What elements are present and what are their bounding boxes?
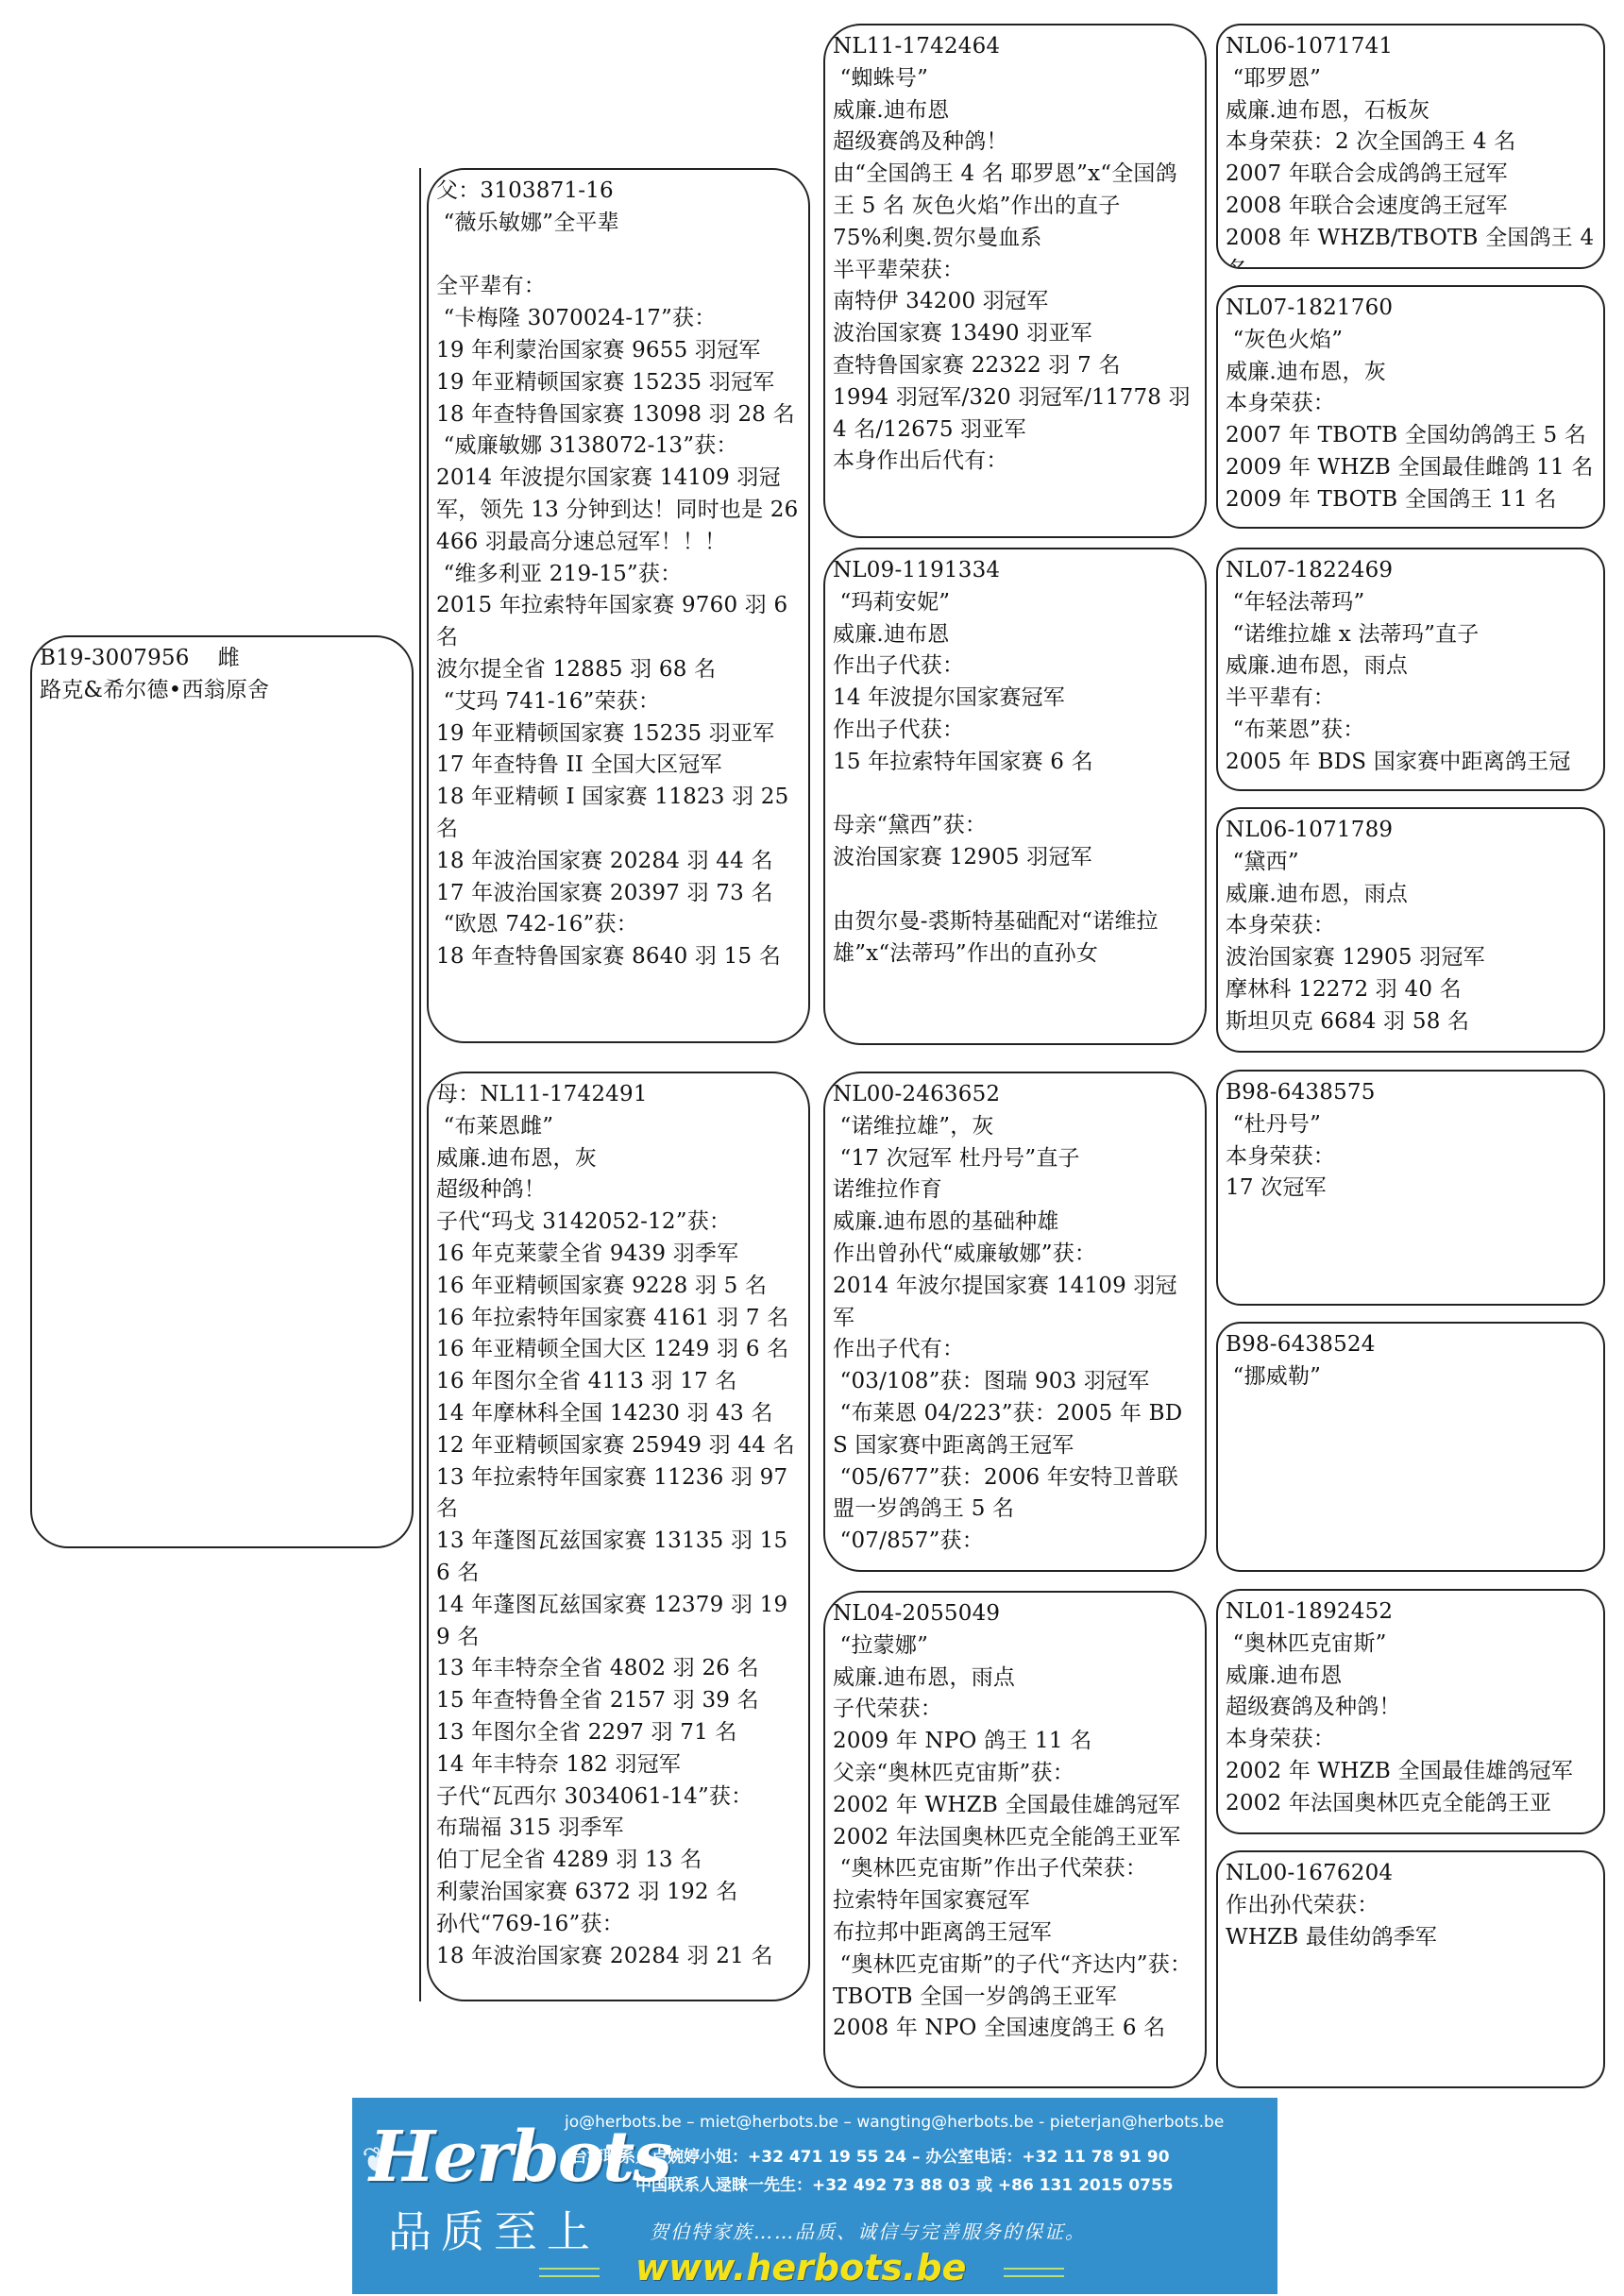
pedigree-text-line: 17 次冠军 [1226,1173,1596,1205]
pedigree-text-line: 2008 年 NPO 全国速度鸽王 6 名 [833,2013,1197,2045]
pedigree-text-line: “诺维拉雄”，灰 [833,1111,1197,1143]
ring-number: NL04-2055049 [833,1598,1197,1630]
pedigree-text-line: “奥林匹克宙斯”的子代“齐达内”获：TBOTB 全国一岁鸽鸽王亚军 [833,1950,1197,2014]
pedigree-text-line: 威廉.迪布恩的基础种雄 [833,1207,1197,1239]
grandparent-card-sire-dam: NL09-1191334 “玛莉安妮”威廉.迪布恩作出子代获：14 年波提尔国家… [823,548,1207,1045]
banner-slogan: 品质至上 [388,2198,600,2260]
banner-emails[interactable]: jo@herbots.be – miet@herbots.be – wangti… [565,2113,1224,2132]
pedigree-text-line: “年轻法蒂玛” [1226,587,1596,619]
pedigree-text-line: 16 年克莱蒙全省 9439 羽季军 [436,1239,801,1271]
great-grandparent-card-4: NL06-1071789 “黛西”威廉.迪布恩，雨点本身荣获：波治国家赛 129… [1216,807,1605,1053]
pedigree-text-line: 子代“瓦西尔 3034061-14”获： [436,1781,801,1814]
ring-number: NL01-1892452 [1226,1596,1596,1629]
pedigree-text-line: “维多利亚 219-15”获： [436,559,801,591]
pedigree-text-line: 16 年图尔全省 4113 羽 17 名 [436,1366,801,1398]
pedigree-text-line: “艾玛 741-16”荣获： [436,686,801,718]
pedigree-text-line: 14 年蓬图瓦兹国家赛 12379 羽 199 名 [436,1590,801,1654]
pedigree-text-line: “欧恩 742-16”获： [436,909,801,941]
pedigree-text-line: 18 年波治国家赛 20284 羽 21 名 [436,1941,801,1973]
pedigree-text-line: 威廉.迪布恩 [1226,1661,1596,1693]
pedigree-text-line: 18 年波治国家赛 20284 羽 44 名 [436,846,801,878]
ring-number: NL00-1676204 [1226,1858,1596,1890]
pedigree-text-line: 2008 年 WHZB/TBOTB 全国鸽王 4 名 [1226,223,1596,269]
pedigree-text-line: 15 年查特鲁全省 2157 羽 39 名 [436,1685,801,1717]
pedigree-text-line: 威廉.迪布恩，石板灰 [1226,95,1596,127]
great-grandparent-card-7: NL01-1892452 “奥林匹克宙斯”威廉.迪布恩超级赛鸽及种鸽！本身荣获：… [1216,1589,1605,1834]
ring-number: NL06-1071741 [1226,31,1596,63]
pedigree-text-line: 威廉.迪布恩，雨点 [833,1663,1197,1695]
subject-pigeon-card: B19-3007956 雌路克&希尔德•西翁原舍 [30,635,414,1548]
pedigree-text-line: 2014 年波提尔国家赛 14109 羽冠军，领先 13 分钟到达！同时也是 2… [436,463,801,558]
ring-number: NL11-1742464 [833,31,1197,63]
pedigree-text-line: 父亲“奥林匹克宙斯”获： [833,1758,1197,1790]
banner-website-link[interactable]: www.herbots.be [635,2247,966,2288]
pedigree-text-line: 2002 年 WHZB 全国最佳雄鸽冠军 [1226,1756,1596,1788]
pedigree-text-line: 威廉.迪布恩，雨点 [1226,650,1596,683]
pedigree-text-line: 19 年亚精顿国家赛 15235 羽冠军 [436,367,801,399]
pedigree-text-line: 2007 年联合会成鸽鸽王冠军 [1226,159,1596,191]
ring-number: B98-6438575 [1226,1077,1596,1109]
banner-taiwan-contact: 台湾联系人卢婉婷小姐：+32 471 19 55 24 – 办公室电话：+32 … [571,2143,1170,2167]
pedigree-text-line: 母亲“黛西”获： [833,810,1197,842]
pedigree-text-line: “奥林匹克宙斯” [1226,1629,1596,1661]
pedigree-text-line: “07/857”获： [833,1526,1197,1558]
pedigree-text-line: 作出子代获： [833,715,1197,747]
pedigree-text-line: “05/677”获：2006 年安特卫普联盟一岁鸽鸽王 5 名 [833,1462,1197,1527]
pedigree-text-line: 1994 羽冠军/320 羽冠军/11778 羽 4 名/12675 羽亚军 [833,382,1197,447]
pedigree-text-line: 作出子代有： [833,1334,1197,1366]
pedigree-text-line [833,874,1197,906]
great-grandparent-card-6: B98-6438524 “挪威勒” [1216,1322,1605,1572]
ring-number: NL09-1191334 [833,555,1197,587]
pedigree-text-line: 18 年亚精顿 I 国家赛 11823 羽 25 名 [436,782,801,846]
pedigree-text-line: 波治国家赛 12905 羽冠军 [1226,942,1596,974]
pedigree-text-line: “布莱恩雌” [436,1111,801,1143]
pedigree-text-line: 2014 年波尔提国家赛 14109 羽冠军 [833,1271,1197,1335]
pedigree-text-line: 2005 年 BDS 国家赛中距离鸽王冠 [1226,747,1596,779]
pedigree-text-line: 14 年丰特奈 182 羽冠军 [436,1749,801,1781]
pedigree-text-line: 13 年图尔全省 2297 羽 71 名 [436,1717,801,1749]
pedigree-text-line: 孙代“769-16”获： [436,1909,801,1941]
pedigree-text-line: 威廉.迪布恩 [833,95,1197,127]
pedigree-text-line: 本身荣获： [1226,910,1596,942]
pedigree-text-line: “布莱恩 04/223”获：2005 年 BDS 国家赛中距离鸽王冠军 [833,1398,1197,1462]
pedigree-text-line: 16 年亚精顿全国大区 1249 羽 6 名 [436,1334,801,1366]
pedigree-text-line: 19 年利蒙治国家赛 9655 羽冠军 [436,335,801,367]
pedigree-text-line: 布拉邦中距离鸽王冠军 [833,1917,1197,1950]
pedigree-text-line: “挪威勒” [1226,1361,1596,1393]
dam-card: 母：NL11-1742491 “布莱恩雌”威廉.迪布恩，灰超级种鸽！子代“玛戈 … [427,1072,810,2001]
grandparent-card-sire-sire: NL11-1742464 “蜘蛛号”威廉.迪布恩超级赛鸽及种鸽！由“全国鸽王 4… [823,24,1207,538]
pedigree-text-line: 14 年摩林科全国 14230 羽 43 名 [436,1398,801,1430]
pedigree-text-line: 威廉.迪布恩，雨点 [1226,879,1596,911]
sire-card: 父：3103871-16 “薇乐敏娜”全平辈全平辈有： “卡梅隆 3070024… [427,168,810,1043]
ring-number: NL07-1822469 [1226,555,1596,587]
pedigree-text-line: “薇乐敏娜”全平辈 [436,208,801,240]
pedigree-text-line: “卡梅隆 3070024-17”获： [436,303,801,335]
pedigree-text-line: 2002 年 WHZB 全国最佳雄鸽冠军 [833,1790,1197,1822]
pedigree-text-line [833,779,1197,811]
pedigree-text-line: 16 年亚精顿国家赛 9228 羽 5 名 [436,1271,801,1303]
pedigree-text-line: 波治国家赛 13490 羽亚军 [833,318,1197,350]
banner-china-contact: 中国联系人逯睐一先生：+32 492 73 88 03 或 +86 131 20… [635,2171,1174,2195]
pedigree-text-line: “蜘蛛号” [833,63,1197,95]
pedigree-text-line: “03/108”获：图瑞 903 羽冠军 [833,1366,1197,1398]
pedigree-text-line: “布莱恩”获： [1226,715,1596,747]
pedigree-text-line: 作出孙代荣获： [1226,1890,1596,1922]
ring-number: B19-3007956 雌 [40,643,404,675]
ring-number: NL00-2463652 [833,1079,1197,1111]
pedigree-text-line: 19 年亚精顿国家赛 15235 羽亚军 [436,718,801,751]
great-grandparent-card-8: NL00-1676204作出孙代荣获：WHZB 最佳幼鸽季军 [1216,1850,1605,2088]
pedigree-text-line: 查特鲁国家赛 22322 羽 7 名 [833,350,1197,382]
pedigree-text-line: 斯坦贝克 6684 羽 58 名 [1226,1006,1596,1038]
pedigree-text-line: 半平辈有： [1226,683,1596,715]
pedigree-text-line: 17 年波治国家赛 20397 羽 73 名 [436,878,801,910]
pedigree-text-line: 作出子代获： [833,650,1197,683]
banner-tagline: 贺伯特家族……品质、诚信与完善服务的保证。 [650,2217,1086,2244]
pedigree-text-line: 2015 年拉索特年国家赛 9760 羽 6 名 [436,590,801,654]
pedigree-text-line: 14 年波提尔国家赛冠军 [833,683,1197,715]
pedigree-text-line: 波治国家赛 12905 羽冠军 [833,842,1197,874]
pedigree-text-line: “奥林匹克宙斯”作出子代荣获： [833,1853,1197,1885]
pedigree-text-line: 波尔提全省 12885 羽 68 名 [436,654,801,686]
pedigree-text-line: 由“全国鸽王 4 名 耶罗恩”x“全国鸽王 5 名 灰色火焰”作出的直子 [833,159,1197,223]
pedigree-text-line: 18 年查特鲁国家赛 8640 羽 15 名 [436,941,801,973]
pedigree-text-line: “杜丹号” [1226,1109,1596,1141]
pedigree-text-line: 子代荣获： [833,1694,1197,1726]
pedigree-text-line: 2008 年联合会速度鸽王冠军 [1226,191,1596,223]
herbots-banner: ❦ Herbots 品质至上 jo@herbots.be – miet@herb… [352,2098,1277,2294]
pedigree-text-line: 由贺尔曼-裘斯特基础配对“诺维拉雄”x“法蒂玛”作出的直孙女 [833,906,1197,971]
pedigree-text-line: 2007 年 TBOTB 全国幼鸽鸽王 5 名 [1226,420,1596,452]
pedigree-text-line: 13 年蓬图瓦兹国家赛 13135 羽 156 名 [436,1526,801,1590]
pedigree-text-line: 超级赛鸽及种鸽！ [833,127,1197,159]
pedigree-text-line: “灰色火焰” [1226,325,1596,357]
pedigree-text-line: 本身作出后代有： [833,446,1197,478]
decorative-line-left [539,2268,600,2277]
pedigree-text-line: 13 年丰特奈全省 4802 羽 26 名 [436,1653,801,1685]
pedigree-text-line: 2009 年 NPO 鸽王 11 名 [833,1726,1197,1758]
ring-number: NL06-1071789 [1226,815,1596,847]
pedigree-text-line: 2002 年法国奥林匹克全能鸽王亚军 [833,1822,1197,1854]
pedigree-text-line: 13 年拉索特年国家赛 11236 羽 97 名 [436,1462,801,1527]
pedigree-text-line: 75%利奥.贺尔曼血系 [833,223,1197,255]
pedigree-text-line: 威廉.迪布恩，灰 [1226,357,1596,389]
pedigree-text-line: 本身荣获：2 次全国鸽王 4 名 [1226,127,1596,159]
pedigree-text-line: 摩林科 12272 羽 40 名 [1226,974,1596,1006]
pedigree-text-line: 超级赛鸽及种鸽！ [1226,1692,1596,1724]
pedigree-text-line: “拉蒙娜” [833,1630,1197,1663]
great-grandparent-card-3: NL07-1822469 “年轻法蒂玛” “诺维拉雄 x 法蒂玛”直子威廉.迪布… [1216,548,1605,791]
decorative-line-right [1004,2268,1064,2277]
pedigree-text-line: 半平辈荣获： [833,255,1197,287]
grandparent-card-dam-sire: NL00-2463652 “诺维拉雄”，灰 “17 次冠军 杜丹号”直子诺维拉作… [823,1072,1207,1572]
pedigree-text-line: “17 次冠军 杜丹号”直子 [833,1143,1197,1175]
pedigree-text-line: 本身荣获： [1226,388,1596,420]
pedigree-text-line: 16 年拉索特年国家赛 4161 羽 7 名 [436,1303,801,1335]
pedigree-text-line: 18 年查特鲁国家赛 13098 羽 28 名 [436,399,801,431]
pedigree-text-line: 超级种鸽！ [436,1174,801,1207]
pedigree-text-line: WHZB 最佳幼鸽季军 [1226,1922,1596,1954]
pedigree-text-line: 拉索特年国家赛冠军 [833,1885,1197,1917]
pedigree-text-line: “威廉敏娜 3138072-13”获： [436,430,801,463]
pedigree-text-line: 南特伊 34200 羽冠军 [833,286,1197,318]
ring-number: B98-6438524 [1226,1329,1596,1361]
connector-line [419,168,421,2001]
pedigree-text-line: 威廉.迪布恩 [833,619,1197,651]
great-grandparent-card-2: NL07-1821760 “灰色火焰”威廉.迪布恩，灰本身荣获：2007 年 T… [1216,285,1605,529]
pedigree-text-line: 伯丁尼全省 4289 羽 13 名 [436,1845,801,1877]
pedigree-text-line: 2002 年法国奥林匹克全能鸽王亚 [1226,1788,1596,1820]
great-grandparent-card-5: B98-6438575 “杜丹号”本身荣获：17 次冠军 [1216,1070,1605,1306]
ring-number: 母：NL11-1742491 [436,1079,801,1111]
pedigree-text-line: “黛西” [1226,847,1596,879]
pedigree-text-line: 本身荣获： [1226,1724,1596,1756]
great-grandparent-card-1: NL06-1071741 “耶罗恩”威廉.迪布恩，石板灰本身荣获：2 次全国鸽王… [1216,24,1605,269]
pedigree-text-line: “耶罗恩” [1226,63,1596,95]
pedigree-text-line: 威廉.迪布恩，灰 [436,1143,801,1175]
pedigree-text-line: 本身荣获： [1226,1141,1596,1173]
pedigree-text-line: 利蒙治国家赛 6372 羽 192 名 [436,1877,801,1909]
pedigree-text-line: “玛莉安妮” [833,587,1197,619]
pedigree-text-line: 路克&希尔德•西翁原舍 [40,675,404,707]
pedigree-text-line: 15 年拉索特年国家赛 6 名 [833,747,1197,779]
pedigree-text-line: 作出曾孙代“威廉敏娜”获： [833,1239,1197,1271]
pedigree-text-line: “诺维拉雄 x 法蒂玛”直子 [1226,619,1596,651]
pedigree-text-line: 布瑞福 315 羽季军 [436,1813,801,1845]
pedigree-text-line: 子代“玛戈 3142052-12”获： [436,1207,801,1239]
pedigree-text-line: 全平辈有： [436,271,801,303]
pedigree-text-line: 2009 年 WHZB 全国最佳雌鸽 11 名 [1226,452,1596,484]
pedigree-text-line [436,240,801,272]
pedigree-text-line: 17 年查特鲁 II 全国大区冠军 [436,750,801,782]
pedigree-text-line: 2009 年 TBOTB 全国鸽王 11 名 [1226,484,1596,516]
pedigree-text-line: 诺维拉作育 [833,1174,1197,1207]
ring-number: 父：3103871-16 [436,176,801,208]
ring-number: NL07-1821760 [1226,293,1596,325]
grandparent-card-dam-dam: NL04-2055049 “拉蒙娜”威廉.迪布恩，雨点子代荣获：2009 年 N… [823,1591,1207,2088]
pedigree-text-line: 12 年亚精顿国家赛 25949 羽 44 名 [436,1430,801,1462]
